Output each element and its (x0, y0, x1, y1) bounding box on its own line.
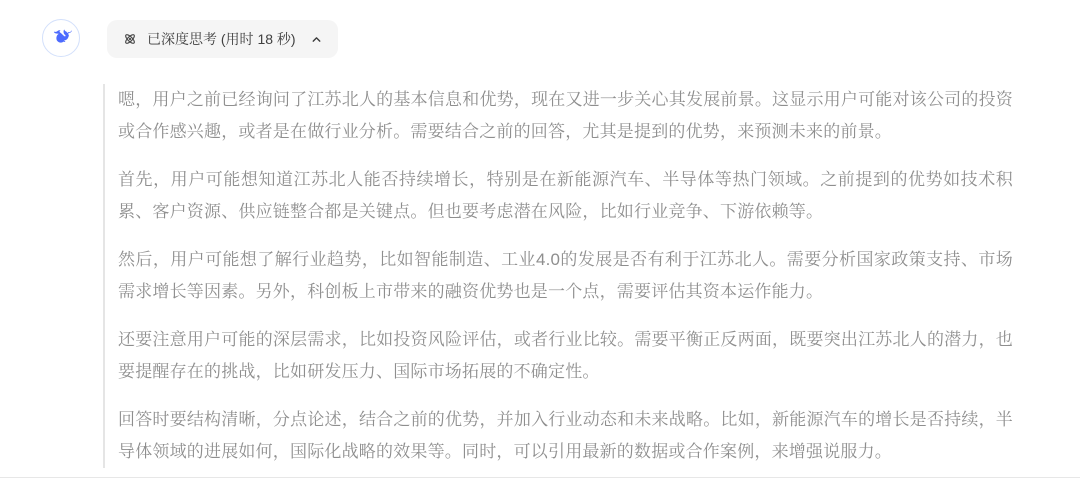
deepseek-whale-logo-icon (49, 26, 73, 50)
thought-paragraph: 嗯，用户之前已经询问了江苏北人的基本信息和优势，现在又进一步关心其发展前景。这显… (118, 84, 1013, 148)
thought-paragraph: 还要注意用户可能的深层需求，比如投资风险评估，或者行业比较。需要平衡正反两面，既… (118, 324, 1013, 388)
thought-paragraph: 首先，用户可能想知道江苏北人能否持续增长，特别是在新能源汽车、半导体等热门领域。… (118, 164, 1013, 228)
thought-toggle-button[interactable]: 已深度思考 (用时 18 秒) (107, 20, 338, 58)
bottom-divider (0, 477, 1080, 478)
thought-paragraph: 然后，用户可能想了解行业趋势，比如智能制造、工业4.0的发展是否有利于江苏北人。… (118, 244, 1013, 308)
assistant-avatar (42, 19, 80, 57)
chat-page: 已深度思考 (用时 18 秒) 嗯，用户之前已经询问了江苏北人的基本信息和优势，… (0, 0, 1080, 484)
deepthink-atom-icon (122, 31, 138, 47)
thought-paragraph: 回答时要结构清晰，分点论述，结合之前的优势，并加入行业动态和未来战略。比如，新能… (118, 404, 1013, 468)
chevron-up-icon (310, 33, 323, 46)
thought-content: 嗯，用户之前已经询问了江苏北人的基本信息和优势，现在又进一步关心其发展前景。这显… (103, 84, 1013, 468)
thought-toggle-label: 已深度思考 (用时 18 秒) (147, 20, 296, 58)
